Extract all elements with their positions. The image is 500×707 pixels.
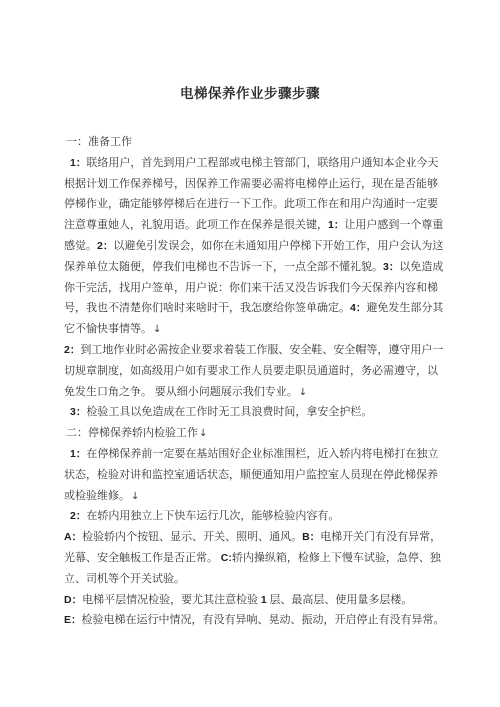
item-marker: 2： [64,344,80,356]
text-run: 停梯作业，确定能够停梯后在进行一下工作。此项工作在和用户沟通时一定要 [64,198,438,210]
line-break-mark: ↓ [298,387,307,398]
doc-line: 1：在停梯保养前一定要在基站围好企业标准围栏，近入轿内将电梯打在独立 [64,444,446,465]
document-body: 一：准备工作 1：联络用户，首先到用户工程部或电梯主管部门，联络用户通知本企业今… [64,132,446,631]
text-run: 它不愉快事情等。 [64,323,152,335]
text-run: 电梯平层情况检验，要尤其注意检验 [82,594,261,606]
item-marker: 2： [97,240,113,252]
doc-line: 感觉。2：以避免引发误会，如你在未通知用户停梯下开始工作，用户会认为这 [64,236,446,257]
text-run: 号，我也不清楚你们啥时来啥时干，我怎麽给你签单确定。 [64,302,350,314]
text-run: 联络用户，首先到用户工程部或电梯主管部门，联络用户通知本企业今天 [86,157,438,169]
item-marker: D： [64,594,82,606]
doc-line: D：电梯平层情况检验，要尤其注意检验 1 层、最高层、使用量多层楼。 [64,590,446,611]
text-run: 根据计划工作保养梯号，因保养工作需要必需将电梯停止运行，现在是否能够 [64,178,438,190]
doc-line: 立、司机等个开关试验。 [64,569,446,590]
section-1-heading: 一：准备工作 [64,132,446,153]
doc-line: 或检验维修。↓ [64,486,446,507]
doc-line: 根据计划工作保养梯号，因保养工作需要必需将电梯停止运行，现在是否能够 [64,174,446,195]
text-run: 以避免引发误会，如你在未通知用户停梯下开始工作，用户会认为这 [113,240,443,252]
item-marker: 1： [328,219,344,231]
text-run: 感觉。 [64,240,97,252]
doc-title: 电梯保养作业步骤步骤 [0,85,500,103]
item-marker: E： [64,614,82,626]
doc-line: 2：到工地作业时必需按企业要求着装工作服、安全鞋、安全帽等，遵守用户一 [64,340,446,361]
text-run: 立、司机等个开关试验。 [64,573,185,585]
text-run: 免发生口角之争。 要从细小问题展示我们专业。 [64,386,298,398]
text-run: 以免造成 [399,261,443,273]
text-run: 切规章制度，如高级用户如有要求工作人员要走职员通道时，务必需遵守，以 [64,365,438,377]
section-2-heading: 二：停梯保养轿内检验工作↓ [64,423,446,444]
text-run: 二：停梯保养轿内检验工作 [66,427,198,439]
text-run: 在轿内用独立上下快车运行几次，能够检验内容有。 [86,510,339,522]
doc-line: 光幕、安全触板工作是否正常。 C:轿内操纵箱，检修上下慢车试验，急停、独 [64,548,446,569]
doc-line: 它不愉快事情等。↓ [64,319,446,340]
text-run: 检验轿内个按钮、显示、开关、照明、通风。 [82,531,302,543]
text-run: 检验电梯在运行中情况，有没有异响、晃动、振动，开启停止有没有异常。 [82,614,445,626]
text-run: 电梯开关门有没有异常， [320,531,441,543]
doc-line: 注意尊重她人，礼貌用语。此项工作在保养是很关键，1：让用户感到一个尊重 [64,215,446,236]
text-run: 注意尊重她人，礼貌用语。此项工作在保养是很关键， [64,219,328,231]
doc-line: 1：联络用户，首先到用户工程部或电梯主管部门，联络用户通知本企业今天 [64,153,446,174]
doc-line: A：检验轿内个按钮、显示、开关、照明、通风。B：电梯开关门有没有异常， [64,527,446,548]
text-run: 在停梯保养前一定要在基站围好企业标准围栏，近入轿内将电梯打在独立 [86,448,438,460]
text-run: 层、最高层、使用量多层楼。 [267,594,413,606]
text-run: 让用户感到一个尊重 [344,219,443,231]
text-run: 到工地作业时必需按企业要求着装工作服、安全鞋、安全帽等，遵守用户一 [80,344,443,356]
doc-line: 号，我也不清楚你们啥时来啥时干，我怎麽给你签单确定。4：避免发生部分其 [64,298,446,319]
item-marker: 3： [70,406,86,418]
text-run: 或检验维修。 [64,490,130,502]
line-break-mark: ↓ [152,324,161,335]
text-run: 光幕、安全触板工作是否正常。 [64,552,221,564]
item-marker: 1： [70,157,86,169]
doc-line: 保养单位太随便，停我们电梯也不告诉一下，一点全部不懂礼貌。3：以免造成 [64,257,446,278]
line-break-mark: ↓ [130,491,139,502]
doc-line: 停梯作业，确定能够停梯后在进行一下工作。此项工作在和用户沟通时一定要 [64,194,446,215]
document-page: 电梯保养作业步骤步骤 一：准备工作 1：联络用户，首先到用户工程部或电梯主管部门… [0,0,500,707]
text-run: 保养单位太随便，停我们电梯也不告诉一下，一点全部不懂礼貌。 [64,261,383,273]
text-run: 检验工具以免造成在工作时无工具浪费时间，拿安全护栏。 [86,406,372,418]
doc-line: E：检验电梯在运行中情况，有没有异响、晃动、振动，开启停止有没有异常。 [64,610,446,631]
doc-line: 3：检验工具以免造成在工作时无工具浪费时间，拿安全护栏。 [64,402,446,423]
item-marker: 4： [350,302,366,314]
item-marker: 3： [383,261,399,273]
item-marker: B： [302,531,320,543]
text-run: 状态，检验对讲和监控室通话状态，顺便通知用户监控室人员现在停此梯保养 [64,469,438,481]
text-run: 一：准备工作 [66,136,132,148]
item-marker: A： [64,531,82,543]
line-break-mark: ↓ [198,428,207,439]
item-marker: C: [221,552,232,564]
text-run: 你干完活，找用户签单，用户说：你们来干活又没告诉我们今天保养内容和梯 [64,282,438,294]
doc-line: 你干完活，找用户签单，用户说：你们来干活又没告诉我们今天保养内容和梯 [64,278,446,299]
doc-line: 免发生口角之争。 要从细小问题展示我们专业。↓ [64,382,446,403]
item-marker: 1： [70,448,86,460]
text-run: 轿内操纵箱，检修上下慢车试验，急停、独 [232,552,441,564]
doc-line: 2：在轿内用独立上下快车运行几次，能够检验内容有。 [64,506,446,527]
doc-line: 状态，检验对讲和监控室通话状态，顺便通知用户监控室人员现在停此梯保养 [64,465,446,486]
text-run: 避免发生部分其 [366,302,443,314]
item-marker: 2： [70,510,86,522]
doc-line: 切规章制度，如高级用户如有要求工作人员要走职员通道时，务必需遵守，以 [64,361,446,382]
